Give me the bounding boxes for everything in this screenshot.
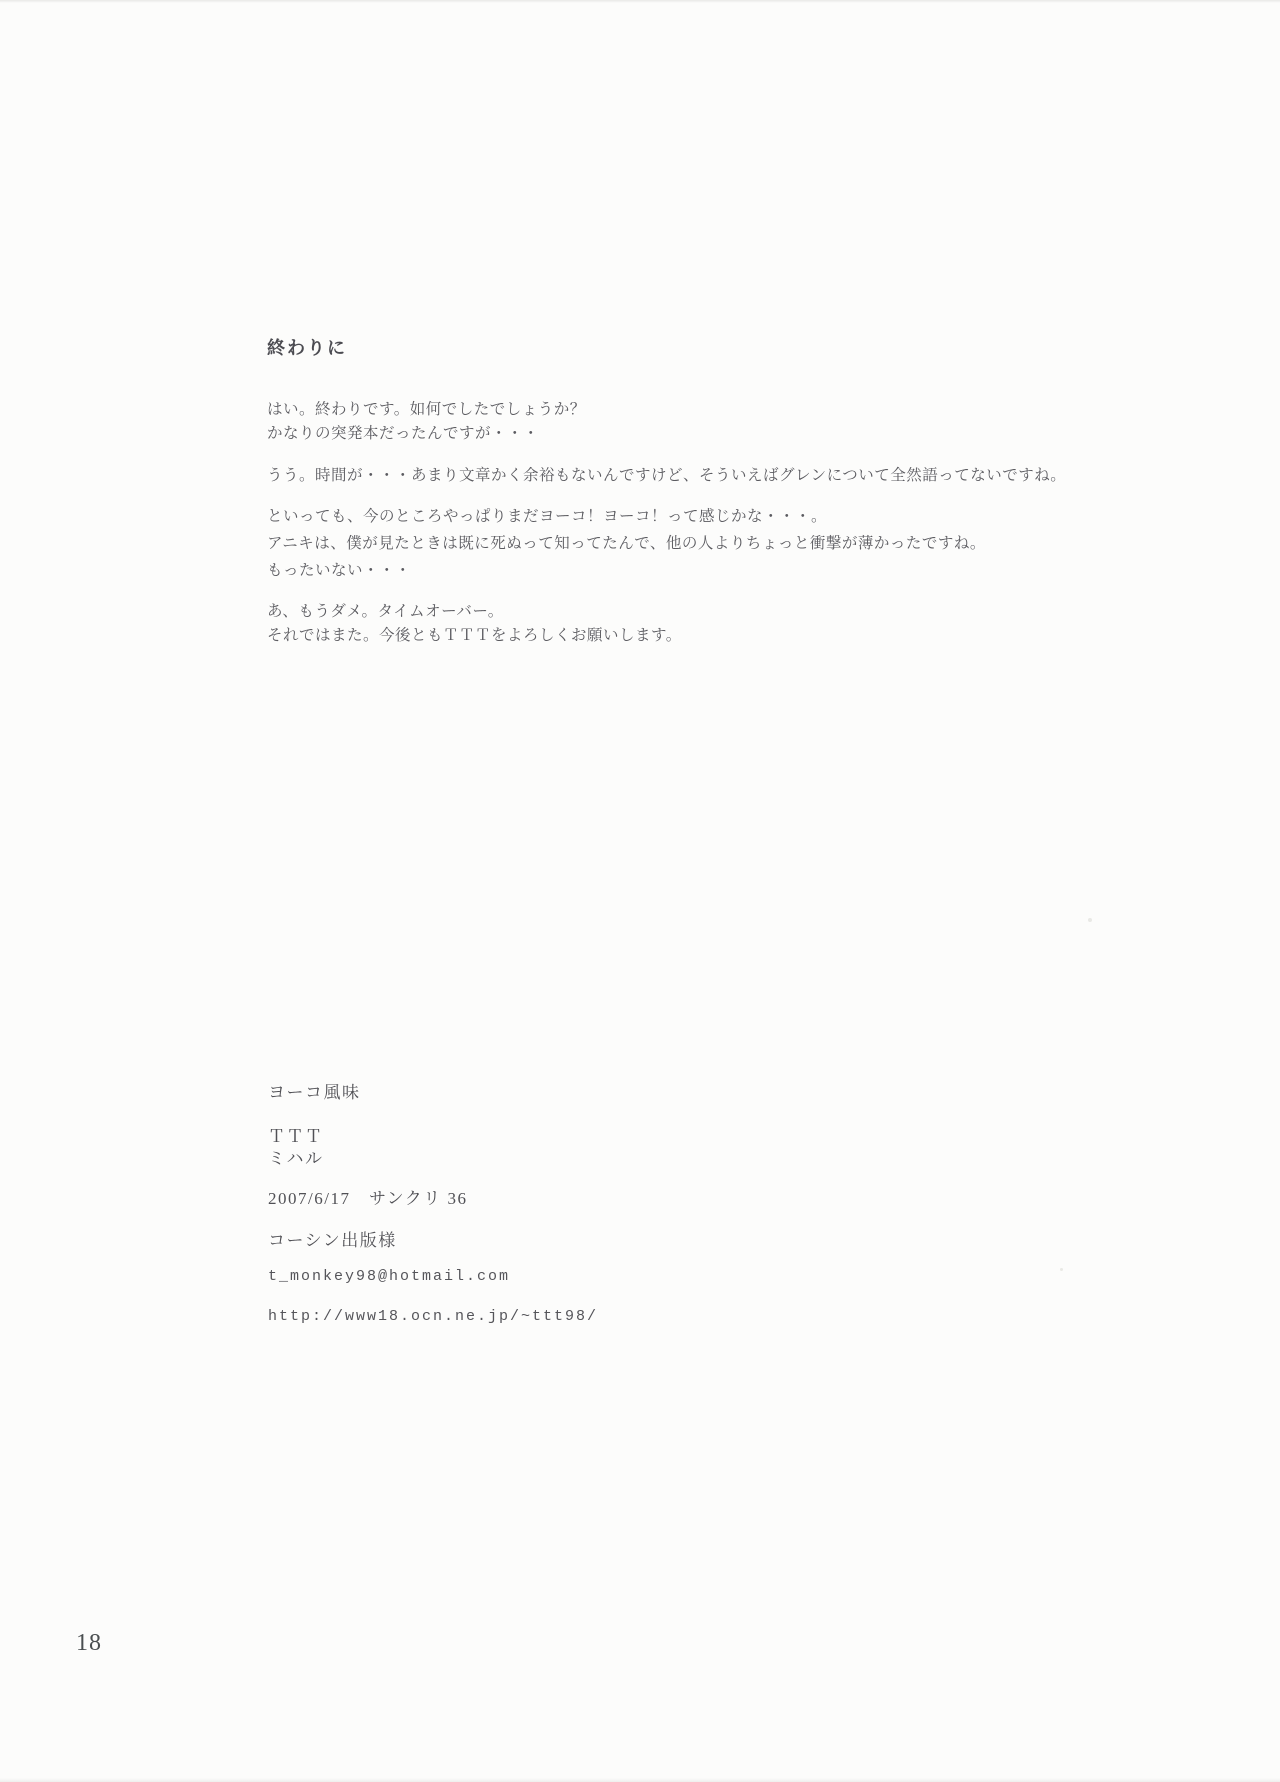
section-heading: 終わりに [267,334,347,360]
scanned-afterword-page: 終わりに はい。終わりです。如何でしたでしょうか？ かなりの突発本だったんですが… [0,0,1280,1782]
paragraph: といっても、今のところやっぱりまだヨーコ！ヨーコ！って感じかな・・・。 アニキは… [267,503,986,584]
paragraph-line: うう。時間が・・・あまり文章かく余裕もないんですけど、そういえばグレンについて全… [267,464,1066,488]
paragraph: うう。時間が・・・あまり文章かく余裕もないんですけど、そういえばグレンについて全… [267,464,1066,488]
colophon-url: http://www18.ocn.ne.jp/~ttt98/ [268,1308,598,1325]
scan-speck [1060,1268,1063,1271]
paragraph: はい。終わりです。如何でしたでしょうか？ かなりの突発本だったんですが・・・ [267,398,586,446]
paragraph-line: アニキは、僕が見たときは既に死ぬって知ってたんで、他の人よりちょっと衝撃が薄かっ… [267,530,986,557]
colophon-title: ヨーコ風味 [268,1078,361,1103]
paragraph-line: かなりの突発本だったんですが・・・ [267,422,586,446]
paragraph-line: それではまた。今後ともＴＴＴをよろしくお願いします。 [267,624,682,648]
scan-speck [1088,918,1092,922]
paragraph-line: あ、もうダメ。タイムオーバー。 [267,600,682,624]
paragraph-line: といっても、今のところやっぱりまだヨーコ！ヨーコ！って感じかな・・・。 [267,503,986,530]
page-number: 18 [76,1630,102,1657]
colophon-author-name: ミハル [268,1144,324,1169]
colophon-printer: コーシン出版様 [268,1226,397,1251]
colophon-email: t_monkey98@hotmail.com [268,1268,510,1285]
paragraph-line: もったいない・・・ [267,557,986,584]
paragraph-line: はい。終わりです。如何でしたでしょうか？ [267,398,586,422]
paragraph: あ、もうダメ。タイムオーバー。 それではまた。今後ともＴＴＴをよろしくお願いしま… [267,600,682,648]
colophon-date-event: 2007/6/17 サンクリ 36 [268,1184,468,1209]
